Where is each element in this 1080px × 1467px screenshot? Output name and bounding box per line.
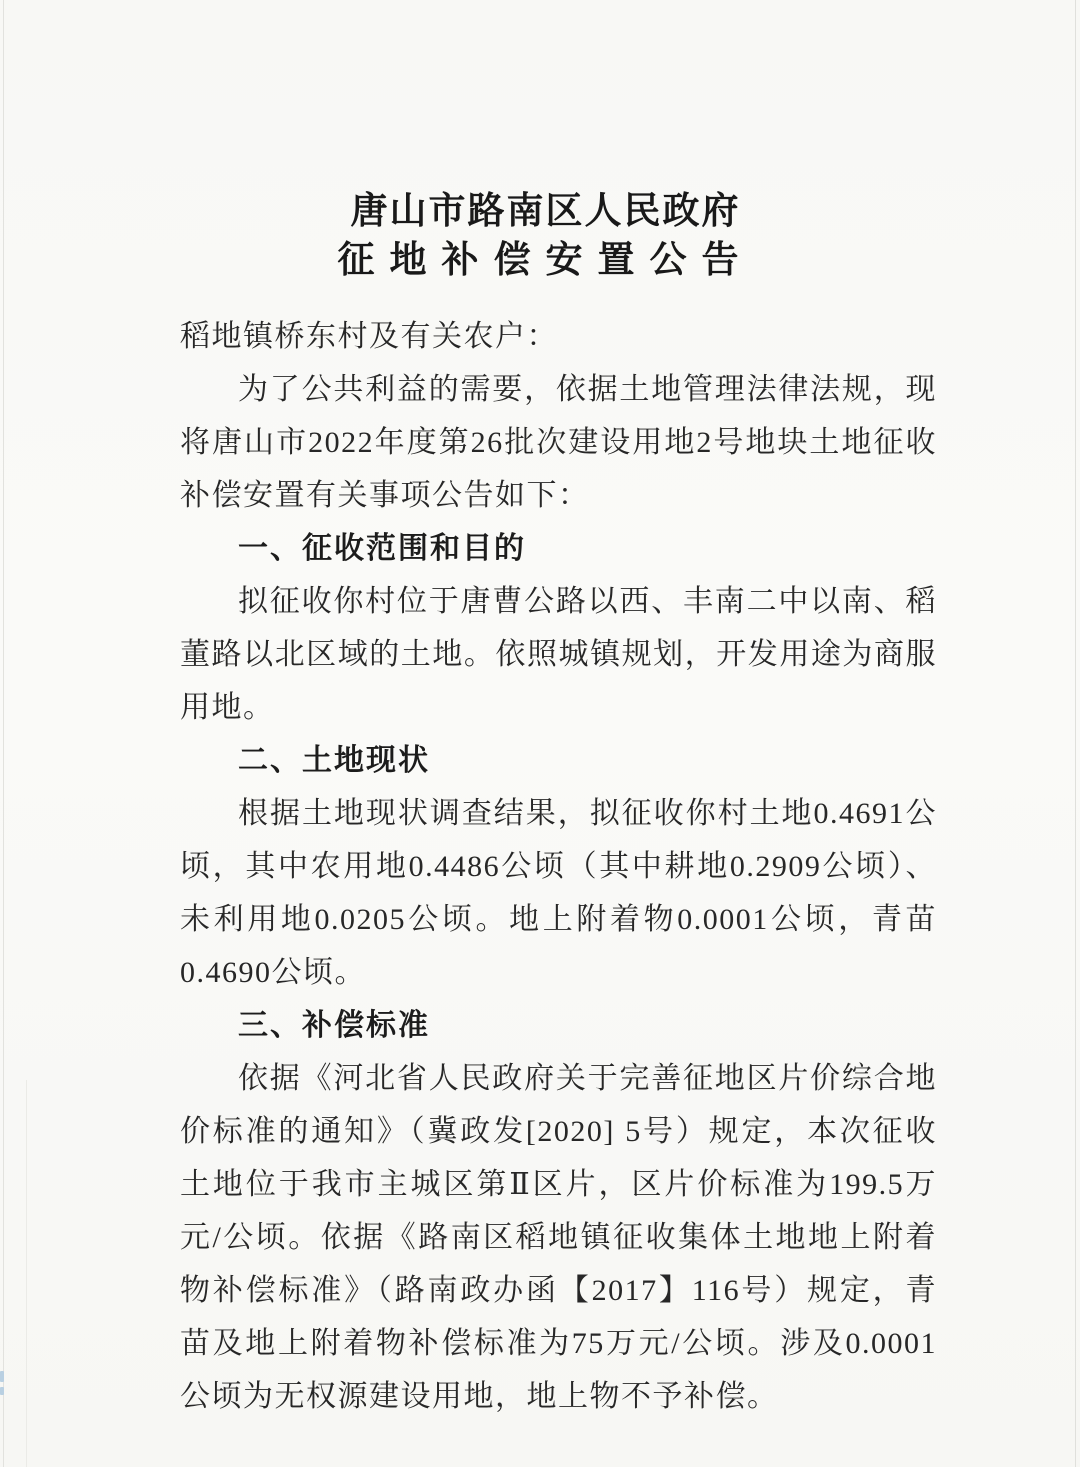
document-title-line2: 征地补偿安置公告 <box>180 235 911 284</box>
section-1-heading: 一、征收范围和目的 <box>180 522 937 575</box>
section-2-heading: 二、土地现状 <box>180 734 937 787</box>
section-3-heading: 三、补偿标准 <box>180 999 937 1052</box>
scan-edge-line-right <box>1075 0 1076 1467</box>
section-1-body: 拟征收你村位于唐曹公路以西、丰南二中以南、稻董路以北区域的土地。依照城镇规划，开… <box>180 575 937 734</box>
intro-paragraph: 为了公共利益的需要，依据土地管理法律法规，现将唐山市2022年度第26批次建设用… <box>180 363 937 522</box>
document-content: 唐山市路南区人民政府 征地补偿安置公告 稻地镇桥东村及有关农户： 为了公共利益的… <box>180 186 937 1423</box>
salutation: 稻地镇桥东村及有关农户： <box>180 310 937 363</box>
scan-blue-mark-bottom <box>0 1387 4 1395</box>
document-title-line1: 唐山市路南区人民政府 <box>180 186 911 235</box>
scan-edge-line-left <box>3 0 4 1467</box>
scan-blue-mark-top <box>0 1371 4 1382</box>
section-2-body: 根据土地现状调查结果，拟征收你村土地0.4691公顷，其中农用地0.4486公顷… <box>180 787 937 999</box>
document-title-block: 唐山市路南区人民政府 征地补偿安置公告 <box>180 186 937 284</box>
scanned-document-page: 唐山市路南区人民政府 征地补偿安置公告 稻地镇桥东村及有关农户： 为了公共利益的… <box>0 0 1080 1467</box>
scan-edge-line-left-inner <box>26 1080 27 1467</box>
section-3-body: 依据《河北省人民政府关于完善征地区片价综合地价标准的通知》（冀政发[2020] … <box>180 1052 937 1423</box>
